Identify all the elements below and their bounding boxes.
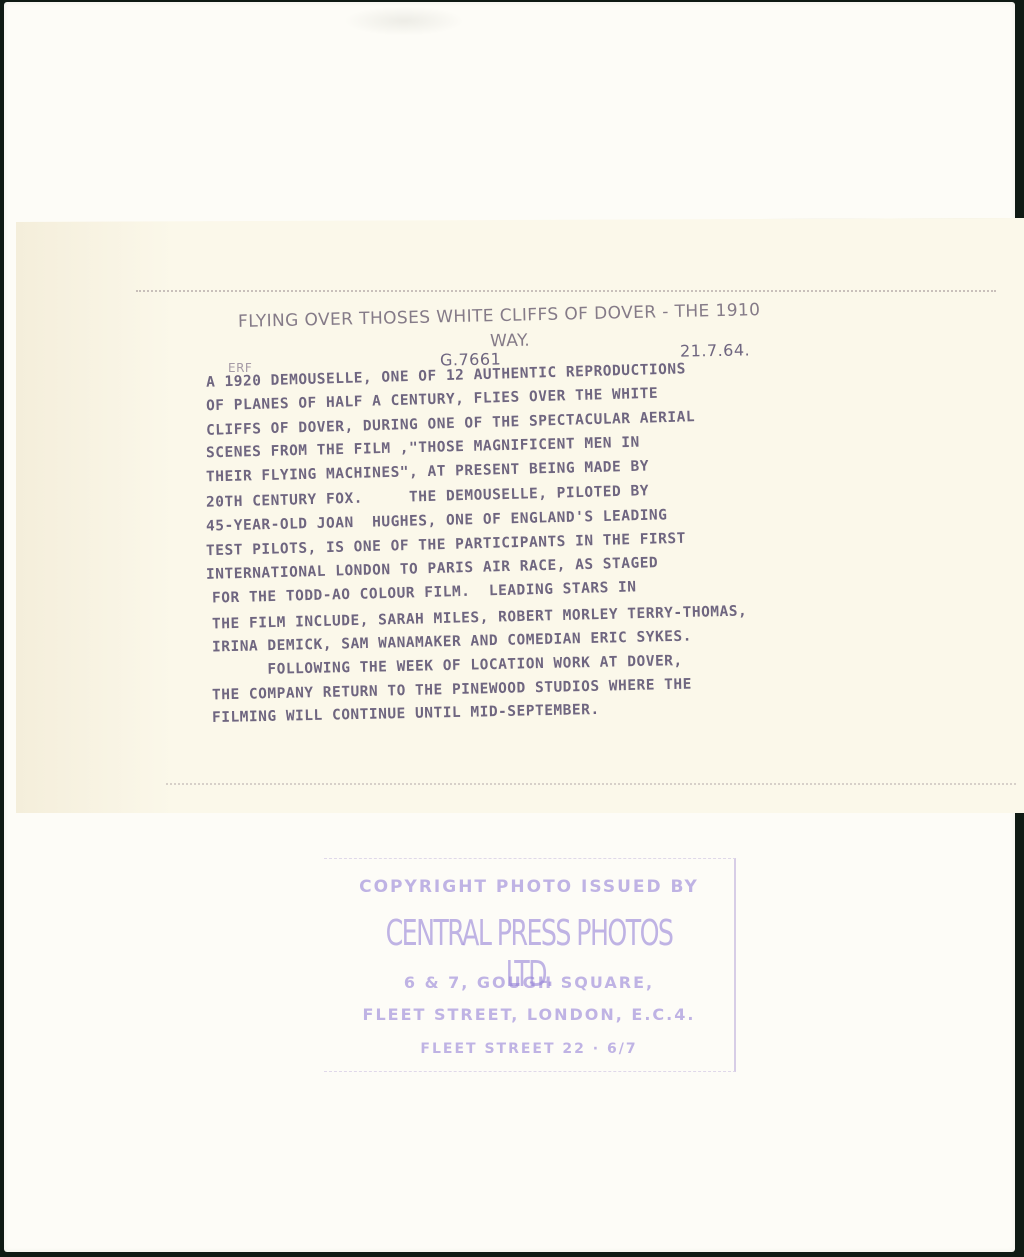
stamp-line-city: FLEET STREET, LONDON, E.C.4. <box>324 1005 734 1024</box>
copyright-stamp: COPYRIGHT PHOTO ISSUED BY CENTRAL PRESS … <box>324 858 736 1072</box>
caption-body-line: FILMING WILL CONTINUE UNTIL MID-SEPTEMBE… <box>212 702 600 726</box>
slip-shade <box>16 218 176 813</box>
dotted-tear-line-bottom <box>166 783 1016 787</box>
caption-date: 21.7.64. <box>680 340 750 360</box>
caption-body-line: IRINA DEMICK, SAM WANAMAKER AND COMEDIAN… <box>212 629 692 656</box>
caption-body-line: THE COMPANY RETURN TO THE PINEWOOD STUDI… <box>212 677 692 704</box>
stamp-line-phone: FLEET STREET 22 · 6/7 <box>324 1041 734 1057</box>
dotted-tear-line-top <box>136 290 996 294</box>
stamp-line-address: 6 & 7, GOUGH SQUARE, <box>324 973 734 992</box>
caption-body-line: FOR THE TODD-AO COLOUR FILM. LEADING STA… <box>212 579 637 606</box>
caption-headline: FLYING OVER THOSES WHITE CLIFFS OF DOVER… <box>238 300 761 332</box>
caption-headline-cont: WAY. <box>490 331 530 352</box>
caption-body-line: FOLLOWING THE WEEK OF LOCATION WORK AT D… <box>212 653 683 679</box>
smudge <box>344 6 464 36</box>
caption-body-line: SCENES FROM THE FILM ,"THOSE MAGNIFICENT… <box>206 435 640 462</box>
caption-body-line: INTERNATIONAL LONDON TO PARIS AIR RACE, … <box>206 555 659 583</box>
caption-body-line: TEST PILOTS, IS ONE OF THE PARTICIPANTS … <box>206 531 686 560</box>
caption-body-line: 20TH CENTURY FOX. THE DEMOUSELLE, PILOTE… <box>206 483 649 511</box>
caption-body-line: OF PLANES OF HALF A CENTURY, FLIES OVER … <box>206 386 659 415</box>
caption-slip: FLYING OVER THOSES WHITE CLIFFS OF DOVER… <box>16 218 1024 813</box>
stamp-line-copyright: COPYRIGHT PHOTO ISSUED BY <box>324 877 734 897</box>
caption-body-line: THEIR FLYING MACHINES", AT PRESENT BEING… <box>206 459 649 486</box>
caption-body-line: 45-YEAR-OLD JOAN HUGHES, ONE OF ENGLAND'… <box>206 507 668 534</box>
